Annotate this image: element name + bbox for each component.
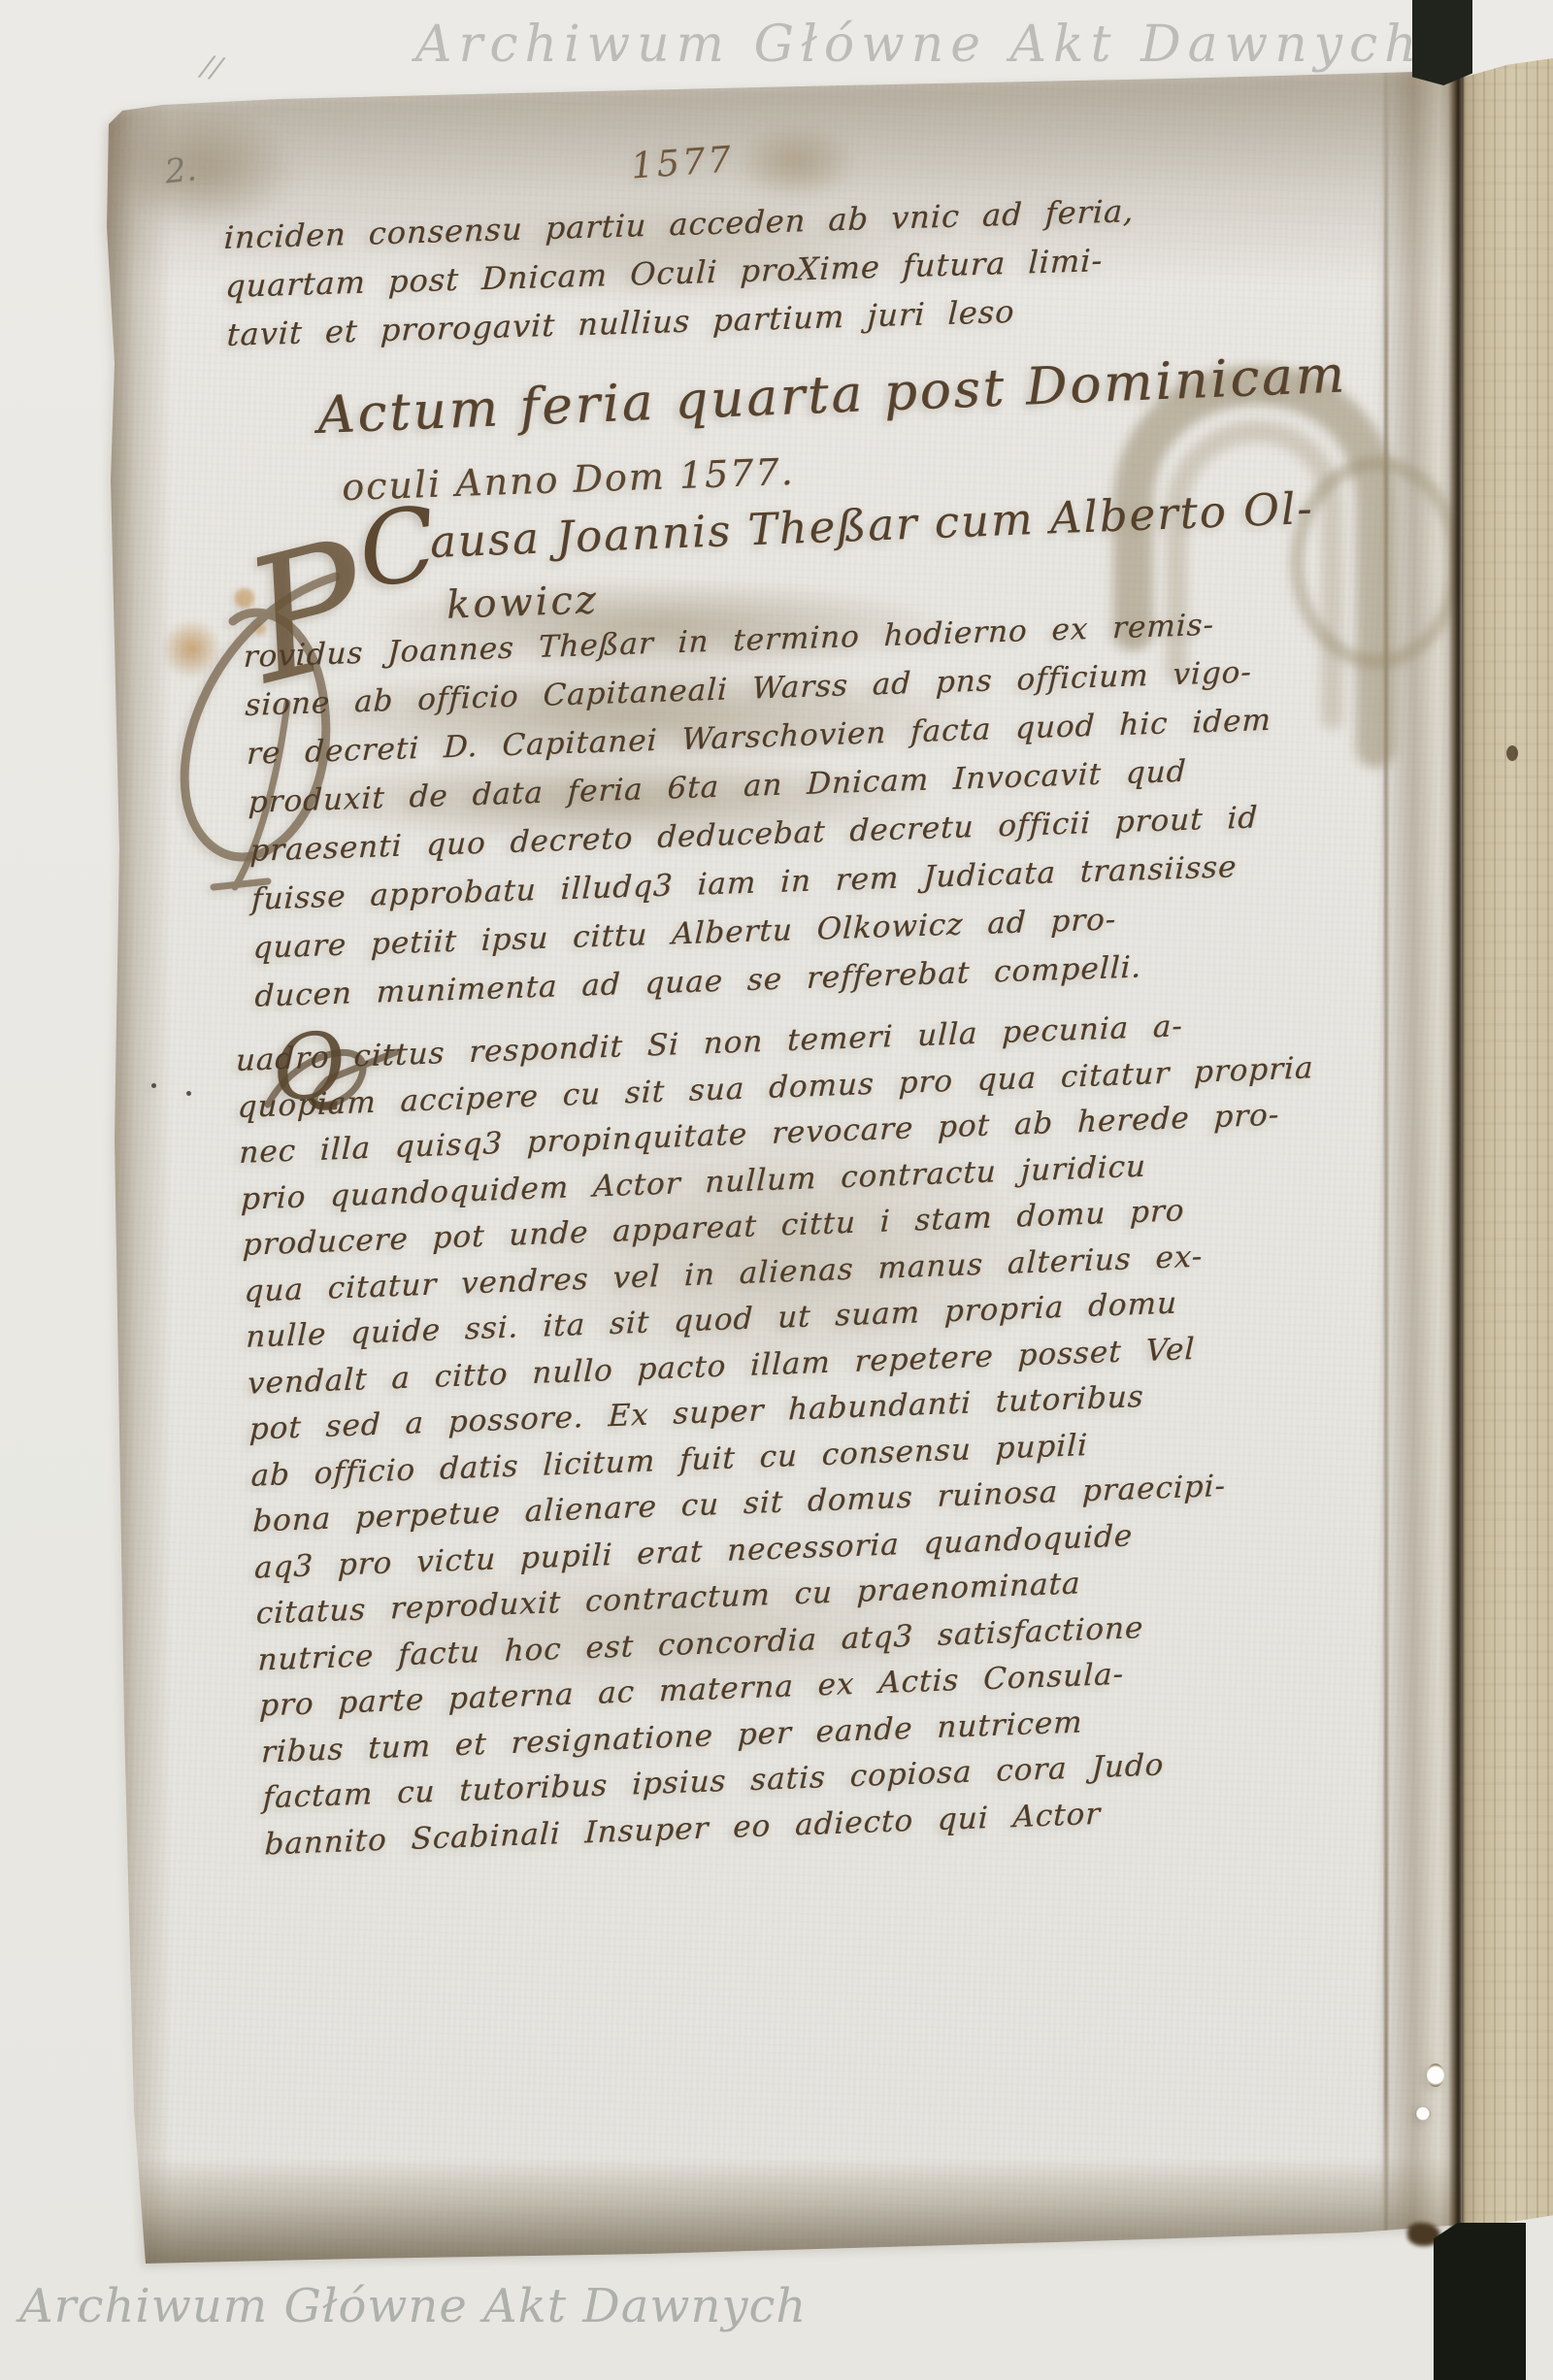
paragraph-providus: rovidus Joannes Theßar in termino hodier… [243, 593, 1459, 1021]
top-wash-stain [734, 122, 860, 200]
wormhole [1415, 2106, 1431, 2121]
case-heading-line2: kowicz [446, 578, 599, 627]
archive-watermark-top: Archiwum Główne Akt Dawnych [415, 16, 1424, 74]
wormhole [1427, 2064, 1444, 2087]
manuscript-scan: Archiwum Główne Akt Dawnych Archiwum Głó… [0, 0, 1553, 2380]
paragraph-quadro: uadro cittus respondit Si non temeri ull… [235, 994, 1482, 1868]
binding-gutter-shadow [1448, 66, 1466, 2229]
ink-dot [186, 1091, 191, 1096]
manuscript-page: 2. 1577 inciden consensu partiu acceden … [105, 72, 1464, 2264]
folio-number: 2. [163, 149, 198, 191]
bottom-edge-shading [105, 2157, 1464, 2264]
page-edge-speck [1506, 745, 1518, 761]
ribbon-top [1412, 0, 1472, 85]
book-page-edges [1462, 58, 1553, 2231]
year-heading: 1577 [630, 138, 736, 186]
archive-watermark-bottom: Archiwum Główne Akt Dawnych [19, 2279, 807, 2333]
pencil-hatch-marks: // [199, 50, 224, 86]
ribbon-bottom [1434, 2223, 1526, 2380]
left-edge-shading [105, 72, 173, 2264]
ink-dot [151, 1083, 156, 1088]
